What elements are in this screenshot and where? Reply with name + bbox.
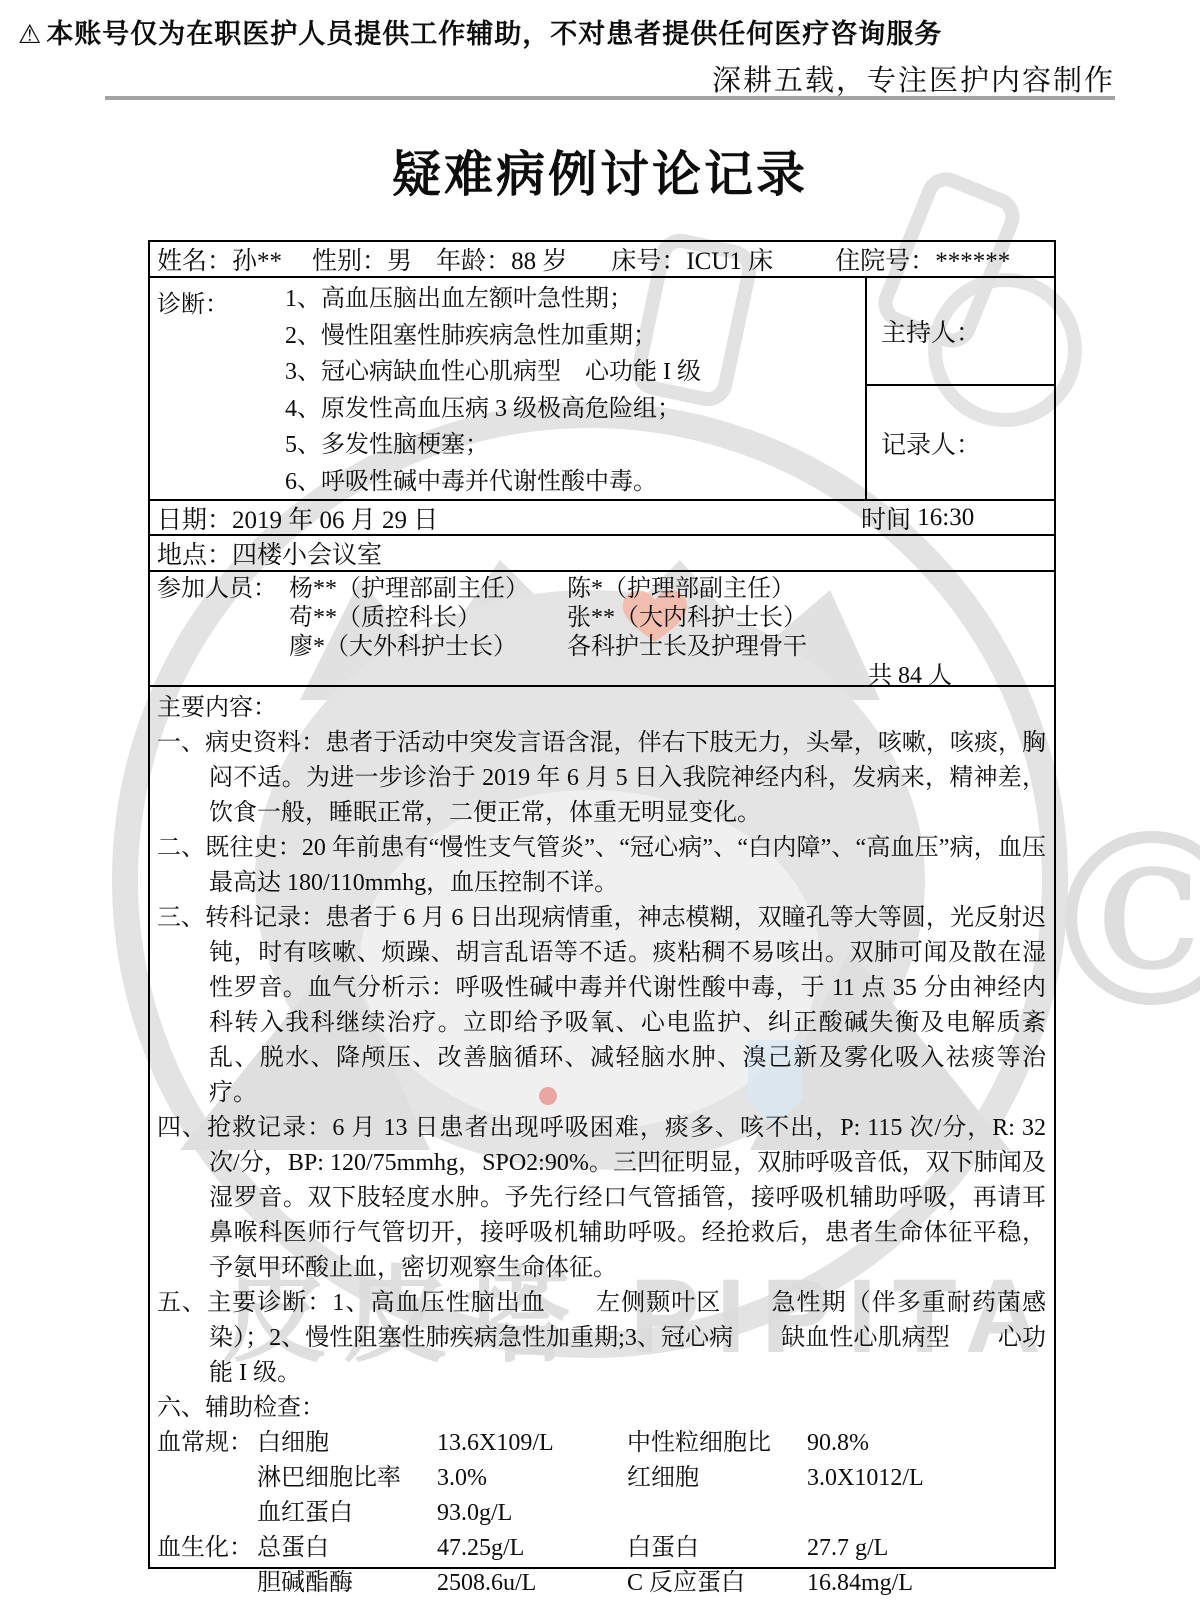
age-label: 年龄： (436, 248, 511, 275)
section-number: 三、 (157, 905, 205, 931)
participant: 杨**（护理部副主任） (289, 575, 567, 604)
host-label: 主持人： (881, 313, 981, 349)
section-text: 20 年前患有“慢性支气管炎”、“冠心病”、“白内障”、“高血压”病，血压最高达… (209, 835, 1046, 896)
participants-line: 参加人员： 杨**（护理部副主任） 陈*（护理部副主任） (157, 575, 1054, 604)
age-value: 88 岁 (511, 248, 567, 275)
diagnosis-row: 诊断： 1、高血压脑出血左额叶急性期； 2、慢性阻塞性肺疾病急性加重期； 3、冠… (150, 278, 1054, 501)
location-value: 四楼小会议室 (232, 535, 382, 571)
header-tagline: 深耕五载，专注医护内容制作 (712, 58, 1115, 99)
lab-row: 胆碱酯酶 2508.6u/L C 反应蛋白 16.84mg/L (157, 1566, 1046, 1600)
lab-test-value: 27.7 g/L (807, 1531, 1046, 1566)
section-text: 6 月 13 日患者出现呼吸困难，痰多、咳不出，P: 115 次/分，R: 32… (209, 1115, 1046, 1281)
participant: 各科护士长及护理骨干 (567, 633, 1054, 662)
lab-test-name: 血红蛋白 (257, 1496, 437, 1531)
diagnosis-item: 2、慢性阻塞性肺疾病急性加重期； (285, 318, 865, 355)
lab-group-label: 血生化： (157, 1531, 257, 1566)
lab-row: 血红蛋白 93.0g/L (157, 1496, 1046, 1531)
section-number: 四、 (157, 1115, 207, 1141)
lab-test-value: 90.8% (807, 1426, 1046, 1461)
section-history: 一、病史资料：患者于活动中突发言语含混，伴右下肢无力，头晕，咳嗽，咳痰，胸闷不适… (157, 726, 1046, 831)
diagnosis-item: 4、原发性高血压病 3 级极高危险组； (285, 391, 865, 428)
participant: 苟**（质控科长） (289, 604, 567, 633)
participants-row: 参加人员： 杨**（护理部副主任） 陈*（护理部副主任） 苟**（质控科长） 张… (150, 572, 1054, 687)
lab-test-value (807, 1496, 1046, 1531)
lab-group-label (157, 1566, 257, 1600)
diagnosis-item: 1、高血压脑出血左额叶急性期； (285, 281, 865, 318)
diagnosis-item: 3、冠心病缺血性心肌病型 心功能 I 级 (285, 354, 865, 391)
participants-label: 参加人员： (157, 575, 289, 604)
lab-test-name: C 反应蛋白 (627, 1566, 807, 1600)
admission-label: 住院号： (835, 248, 935, 275)
section-text: 患者于 6 月 6 日出现病情重，神志模糊，双瞳孔等大等圆，光反射迟钝，时有咳嗽… (209, 905, 1046, 1106)
date-value: 2019 年 06 月 29 日 (232, 500, 438, 536)
section-title: 主要诊断： (207, 1290, 332, 1316)
section-title: 辅助检查： (205, 1395, 325, 1421)
gender-label: 性别： (312, 248, 387, 275)
date-row: 日期： 2019 年 06 月 29 日 时间 16:30 (150, 501, 1054, 536)
lab-group-label: 血常规： (157, 1426, 257, 1461)
diagnosis-item: 6、呼吸性碱中毒并代谢性酸中毒。 (285, 464, 865, 501)
section-past-history: 二、既往史：20 年前患有“慢性支气管炎”、“冠心病”、“白内障”、“高血压”病… (157, 831, 1046, 901)
section-title: 既往史： (205, 835, 302, 861)
section-text: 患者于活动中突发言语含混，伴右下肢无力，头晕，咳嗽，咳痰，胸闷不适。为进一步诊治… (209, 730, 1046, 826)
lab-test-value: 2508.6u/L (437, 1566, 627, 1600)
diagnosis-item: 5、多发性脑梗塞； (285, 427, 865, 464)
name-label: 姓名： (157, 248, 232, 275)
main-content-heading: 主要内容： (157, 691, 1046, 726)
spacer (157, 604, 289, 633)
roles-cell: 主持人： 记录人： (867, 278, 1054, 499)
lab-row: 血常规： 白细胞 13.6X109/L 中性粒细胞比 90.8% (157, 1426, 1046, 1461)
patient-age: 年龄：88 岁 (436, 241, 567, 277)
lab-test-name: 中性粒细胞比 (627, 1426, 807, 1461)
section-aux-exam-heading: 六、辅助检查： (157, 1391, 1046, 1426)
location-label: 地点： (157, 535, 232, 571)
gender-value: 男 (387, 248, 412, 275)
disclaimer-text: 本账号仅为在职医护人员提供工作辅助，不对患者提供任何医疗咨询服务 (46, 19, 942, 49)
section-number: 五、 (157, 1290, 207, 1316)
admission-value: ****** (935, 248, 1010, 275)
section-number: 一、 (157, 730, 205, 756)
bed-value: ICU1 床 (686, 248, 773, 275)
watermark-copyright-icon: © (1032, 782, 1200, 1062)
case-record-table: 姓名：孙** 性别：男 年龄：88 岁 床号：ICU1 床 住院号：******… (148, 240, 1056, 1569)
location-row: 地点： 四楼小会议室 (150, 536, 1054, 572)
patient-admission: 住院号：****** (835, 241, 1010, 277)
recorder-label: 记录人： (881, 425, 981, 461)
lab-test-value: 93.0g/L (437, 1496, 627, 1531)
patient-gender: 性别：男 (312, 241, 412, 277)
lab-test-value: 13.6X109/L (437, 1426, 627, 1461)
lab-test-value: 47.25g/L (437, 1531, 627, 1566)
section-rescue-record: 四、抢救记录：6 月 13 日患者出现呼吸困难，痰多、咳不出，P: 115 次/… (157, 1111, 1046, 1286)
section-text: 1、高血压性脑出血 左侧颞叶区 急性期（伴多重耐药菌感染）；2、慢性阻塞性肺疾病… (209, 1290, 1046, 1386)
section-main-diagnosis: 五、主要诊断：1、高血压性脑出血 左侧颞叶区 急性期（伴多重耐药菌感染）；2、慢… (157, 1286, 1046, 1391)
date-label: 日期： (157, 500, 232, 536)
lab-test-name: 红细胞 (627, 1461, 807, 1496)
document-page: © 皮皮塔 PIPITA ⚠本账号仅为在职医护人员提供工作辅助，不对患者提供任何… (0, 0, 1200, 1600)
patient-info-row: 姓名：孙** 性别：男 年龄：88 岁 床号：ICU1 床 住院号：****** (150, 242, 1054, 278)
participant: 张**（大内科护士长） (567, 604, 1054, 633)
header-disclaimer: ⚠本账号仅为在职医护人员提供工作辅助，不对患者提供任何医疗咨询服务 (18, 12, 942, 51)
lab-test-name: 总蛋白 (257, 1531, 437, 1566)
section-title: 病史资料： (205, 730, 325, 756)
section-title: 转科记录： (205, 905, 325, 931)
patient-bed: 床号：ICU1 床 (611, 241, 773, 277)
participants-line: 廖*（大外科护士长） 各科护士长及护理骨干 (157, 633, 1054, 662)
lab-row: 淋巴细胞比率 3.0% 红细胞 3.0X1012/L (157, 1461, 1046, 1496)
host-cell: 主持人： (867, 278, 1054, 386)
header-divider (105, 96, 1115, 100)
lab-group-label (157, 1496, 257, 1531)
lab-test-name: 白蛋白 (627, 1531, 807, 1566)
lab-test-name: 淋巴细胞比率 (257, 1461, 437, 1496)
participants-line: 苟**（质控科长） 张**（大内科护士长） (157, 604, 1054, 633)
diagnosis-cell: 诊断： 1、高血压脑出血左额叶急性期； 2、慢性阻塞性肺疾病急性加重期； 3、冠… (150, 278, 867, 499)
lab-test-name: 胆碱酯酶 (257, 1566, 437, 1600)
name-value: 孙** (232, 248, 282, 275)
page-title: 疑难病例讨论记录 (0, 136, 1200, 206)
lab-test-value: 3.0% (437, 1461, 627, 1496)
lab-row: 血生化： 总蛋白 47.25g/L 白蛋白 27.7 g/L (157, 1531, 1046, 1566)
time-field: 时间 16:30 (861, 501, 974, 534)
lab-test-name: 白细胞 (257, 1426, 437, 1461)
time-value: 16:30 (917, 504, 974, 532)
lab-test-value: 3.0X1012/L (807, 1461, 1046, 1496)
participant: 廖*（大外科护士长） (289, 633, 567, 662)
section-number: 二、 (157, 835, 205, 861)
section-number: 六、 (157, 1395, 205, 1421)
lab-group-label (157, 1461, 257, 1496)
lab-test-value: 16.84mg/L (807, 1566, 1046, 1600)
main-content-cell: 主要内容： 一、病史资料：患者于活动中突发言语含混，伴右下肢无力，头晕，咳嗽，咳… (150, 687, 1054, 1567)
recorder-cell: 记录人： (867, 386, 1054, 499)
lab-test-name (627, 1496, 807, 1531)
section-transfer-record: 三、转科记录：患者于 6 月 6 日出现病情重，神志模糊，双瞳孔等大等圆，光反射… (157, 901, 1046, 1111)
diagnosis-list: 1、高血压脑出血左额叶急性期； 2、慢性阻塞性肺疾病急性加重期； 3、冠心病缺血… (285, 281, 865, 500)
bed-label: 床号： (611, 248, 686, 275)
time-label: 时间 (861, 500, 911, 536)
diagnosis-label: 诊断： (157, 284, 229, 319)
warning-icon: ⚠ (18, 20, 42, 49)
participant: 陈*（护理部副主任） (567, 575, 1054, 604)
patient-name: 姓名：孙** (157, 241, 282, 277)
section-title: 抢救记录： (207, 1115, 332, 1141)
spacer (157, 633, 289, 662)
